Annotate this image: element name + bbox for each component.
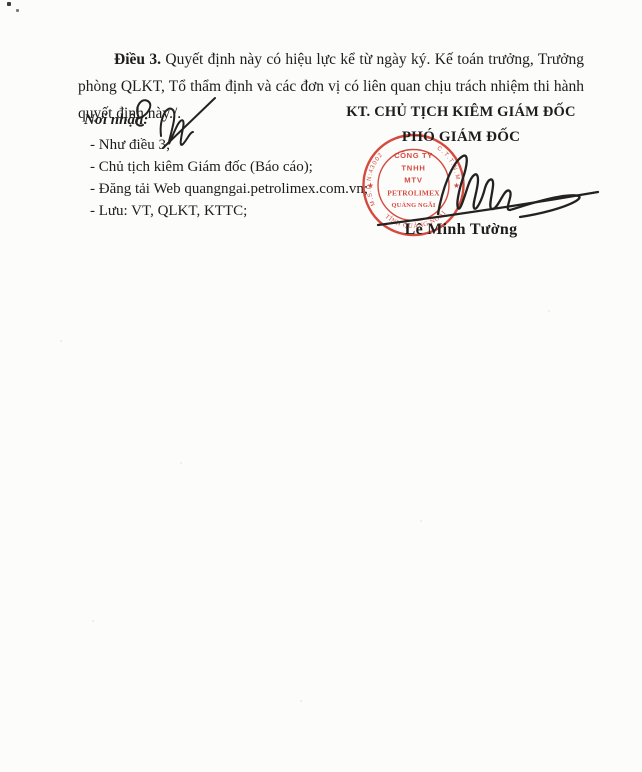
initials-slash [163, 98, 215, 148]
recipient-item: - Đăng tải Web quangngai.petrolimex.com.… [90, 178, 384, 200]
signature-underline [378, 192, 598, 225]
scan-noise [92, 620, 94, 622]
recipient-item: - Lưu: VT, QLKT, KTTC; [90, 200, 384, 222]
article-3-label: Điều 3. [114, 51, 161, 68]
initials-scribble [161, 109, 193, 145]
signature-scrawl [368, 138, 600, 233]
scan-speck [7, 2, 11, 6]
scan-noise [300, 700, 302, 702]
handwritten-initials [127, 92, 222, 154]
signature-title-line1: KT. CHỦ TỊCH KIÊM GIÁM ĐỐC [333, 103, 589, 121]
scan-noise [60, 340, 62, 342]
recipient-item: - Chủ tịch kiêm Giám đốc (Báo cáo); [90, 156, 384, 178]
scan-speck [16, 9, 19, 12]
scan-noise [180, 462, 182, 464]
scan-noise [420, 520, 422, 522]
signature-loops [438, 156, 580, 217]
initials-curl [136, 100, 150, 125]
scan-noise [548, 310, 550, 312]
